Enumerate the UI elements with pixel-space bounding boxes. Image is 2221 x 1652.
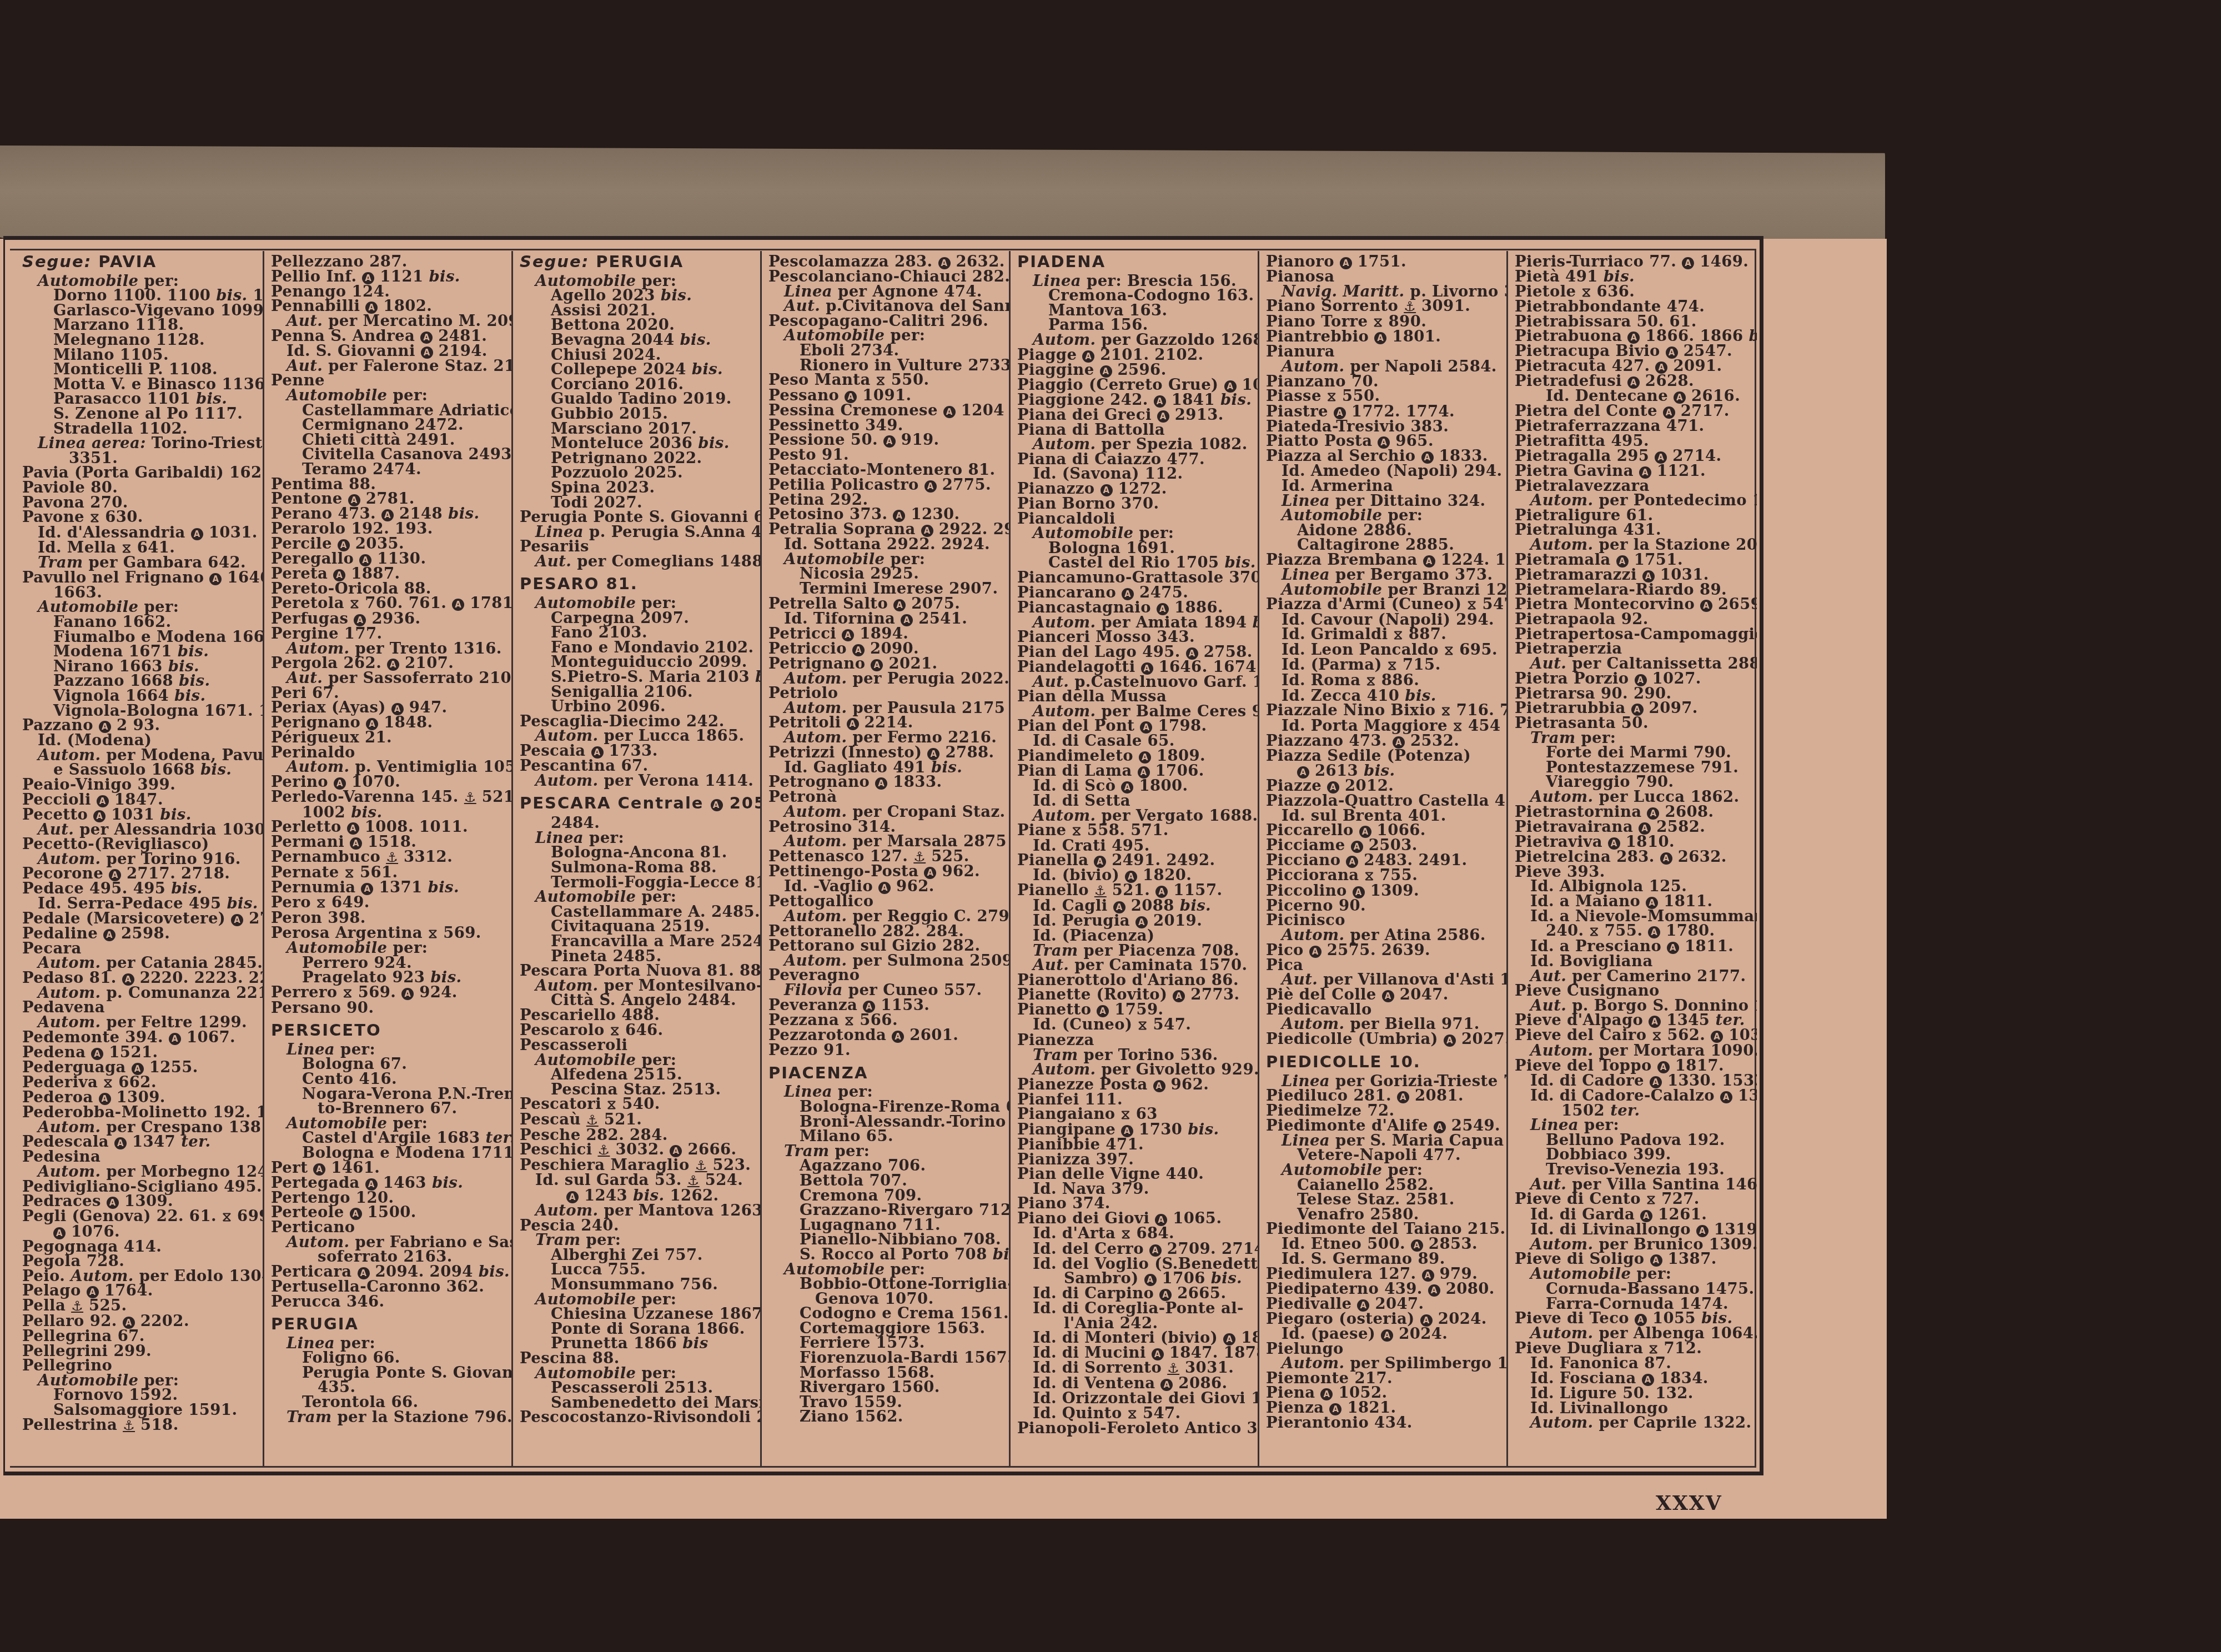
index-entry: Pescantina 67.: [520, 759, 755, 774]
index-entry: Pennabilli A 1802.: [271, 299, 506, 314]
index-entry: Pertusella-Caronno 362.: [271, 1279, 506, 1294]
tram-bell-icon: ⧖: [1072, 824, 1081, 838]
index-entry: Piazza d'Armi (Cuneo) ⧖ 547.: [1266, 597, 1501, 612]
autobus-circle-icon: A: [114, 1137, 127, 1149]
index-subentry: Aut. per Mercatino M. 2092.: [271, 314, 506, 329]
index-entry: Pernambuco ⚓ 3312.: [271, 850, 506, 865]
index-entry: Pescatori ⧖ 540.: [520, 1097, 755, 1112]
index-subentry: Aut. per Comeglians 1488.: [520, 554, 755, 569]
index-entry: Pedaline A 2598.: [22, 926, 257, 941]
index-subentry: Autom. per Biella 971.: [1266, 1017, 1501, 1032]
autobus-circle-icon: A: [1444, 1035, 1456, 1047]
index-entry: Pietramelara-Riardo 89.: [1515, 583, 1751, 597]
index-entry: Piaggio (Cerreto Grue) A 1028 ter: [1017, 378, 1252, 393]
index-subentry: Fanano 1662.: [22, 615, 257, 630]
index-entry: Piccolino A 1309.: [1266, 883, 1501, 898]
index-subentry: Francavilla a Mare 2524.: [520, 934, 755, 949]
index-subentry: Id. Crati 495.: [1017, 838, 1252, 853]
index-entry: Petronà: [768, 790, 1003, 805]
index-subentry: Melegnano 1128.: [22, 333, 257, 348]
index-entry: Pescara Porta Nuova 81. 88.: [520, 963, 755, 978]
index-entry: Pianfei 111.: [1017, 1092, 1252, 1107]
index-entry: Pellegrina 67.: [22, 1329, 257, 1344]
index-subentry: Aut. per Alessandria 1030 bis: [22, 822, 257, 837]
index-subentry: Autom. per Montesilvano-: [520, 978, 755, 993]
index-entry: Perticara A 2094. 2094 bis.: [271, 1264, 506, 1279]
index-subentry: Viareggio 790.: [1515, 775, 1751, 790]
index-entry: Pesariis: [520, 539, 755, 554]
index-subentry: Monteguiduccio 2099.: [520, 655, 755, 670]
index-subentry: Corciano 2016.: [520, 377, 755, 392]
index-entry: Pescopagano-Calitri 296.: [768, 314, 1003, 329]
index-entry: Pieve Dugliara ⧖ 712.: [1515, 1341, 1751, 1357]
index-subentry: Broni-Alessandr.-Torino 59: [768, 1114, 1003, 1129]
index-subentry: Bologna-Ancona 81.: [520, 845, 755, 860]
index-subentry: Tram per Gambara 642.: [22, 555, 257, 570]
italic-label: bis.: [428, 878, 459, 896]
index-entry: Perletto A 1008. 1011.: [271, 820, 506, 835]
index-entry: Pescia 240.: [520, 1218, 755, 1233]
index-subentry: Id. Zecca 410 bis.: [1266, 689, 1501, 704]
index-subentry: Marzano 1118.: [22, 318, 257, 333]
index-subentry: A 1076.: [22, 1224, 257, 1239]
index-entry: Peschici ⚓ 3032. A 2666.: [520, 1142, 755, 1158]
index-subentry: Bologna 1691.: [1017, 541, 1252, 556]
index-subentry: Autom. per Pausula 2175 bis.: [768, 701, 1003, 716]
index-entry: Pian del Pont A 1798.: [1017, 719, 1252, 734]
index-subentry: Id. Serra-Pedace 495 bis.: [22, 896, 257, 911]
index-subentry: Morfasso 1568.: [768, 1365, 1003, 1380]
index-subentry: Linea per Gorizia-Trieste 72: [1266, 1074, 1501, 1089]
navigation-anchor-icon: ⚓: [695, 1158, 707, 1173]
autobus-circle-icon: A: [1682, 257, 1694, 269]
index-subentry: Telese Staz. 2581.: [1266, 1192, 1501, 1207]
index-subentry: Parma 156.: [1017, 318, 1252, 333]
index-subentry: Id. Porta Maggiore ⧖ 454: [1266, 719, 1501, 734]
index-subentry: 1502 ter.: [1515, 1103, 1751, 1118]
index-subentry: Garlasco-Vigevano 1099.: [22, 303, 257, 318]
index-subentry: Vetere-Napoli 477.: [1266, 1148, 1501, 1163]
index-subentry: Automobile per:: [1017, 526, 1252, 541]
index-entry: Pianosa: [1266, 269, 1501, 284]
index-subentry: Pazzano 1668 bis.: [22, 674, 257, 689]
index-subentry: Todi 2027.: [520, 495, 755, 510]
index-entry: Piana di Caiazzo 477.: [1017, 452, 1252, 467]
section-heading: PIACENZA: [768, 1066, 1003, 1081]
index-entry: Pert A 1461.: [271, 1161, 506, 1176]
index-entry: Peveranza A 1153.: [768, 998, 1003, 1013]
index-subentry: Alberghi Zei 757.: [520, 1248, 755, 1263]
index-subentry: Id. Sottana 2922. 2924.: [768, 537, 1003, 552]
index-subentry: Fornovo 1592.: [22, 1388, 257, 1403]
index-entry: Pegola 728.: [22, 1254, 257, 1269]
index-subentry: Vignola-Bologna 1671. 1672.: [22, 704, 257, 719]
navigation-anchor-icon: ⚓: [586, 1113, 599, 1128]
index-subentry: Autom. per Napoli 2584.: [1266, 359, 1501, 374]
index-subentry: Autom. per Perugia 2022.: [768, 671, 1003, 686]
index-subentry: Id. Grimaldi ⧖ 887.: [1266, 627, 1501, 642]
index-subentry: Prunetta 1866 bis: [520, 1336, 755, 1351]
index-subentry: Id. d'Alessandria A 1031.: [22, 525, 257, 540]
index-subentry: Autom. per Fabriano e Sas-: [271, 1235, 506, 1250]
tram-bell-icon: ⧖: [345, 866, 354, 881]
index-subentry: Autom. per Mantova 1263.: [520, 1203, 755, 1218]
index-entry: Pietragalla 295 A 2714.: [1515, 449, 1751, 464]
index-entry: Pellestrina ⚓ 518.: [22, 1418, 257, 1433]
index-subentry: Farra-Cornuda 1474.: [1515, 1297, 1751, 1312]
autobus-circle-icon: A: [1374, 332, 1386, 344]
index-entry: Petricci A 1894.: [768, 626, 1003, 641]
index-subentry: Id. Fosciana A 1834.: [1515, 1371, 1751, 1386]
italic-label: bis.: [1220, 391, 1252, 409]
index-subentry: Tram per Torino 536.: [1017, 1048, 1252, 1063]
tram-bell-icon: ⧖: [1652, 1028, 1661, 1043]
index-subentry: Autom. per Fermo 2216.: [768, 730, 1003, 745]
index-subentry: A 1243 bis. 1262.: [520, 1188, 755, 1203]
index-subentry: Id. Armerina: [1266, 479, 1501, 494]
index-entry: Piediluco 281. A 2081.: [1266, 1088, 1501, 1103]
autobus-circle-icon: A: [1381, 1329, 1393, 1342]
index-subentry: Id. del Cerro A 2709. 2714.: [1017, 1242, 1252, 1257]
index-entry: Permani A 1518.: [271, 835, 506, 850]
index-subentry: Id. Roma ⧖ 886.: [1266, 673, 1501, 689]
index-subentry: Id. (Modena): [22, 733, 257, 748]
index-entry: Piancaldoli: [1017, 511, 1252, 526]
index-entry: Pezzo 91.: [768, 1043, 1003, 1058]
index-entry: Pederguaga A 1255.: [22, 1060, 257, 1075]
index-subentry: Nicosia 2925.: [768, 566, 1003, 581]
index-entry: Pazzano A 2 93.: [22, 718, 257, 733]
index-subentry: Termoli-Foggia-Lecce 81.: [520, 875, 755, 890]
index-entry: Pianopoli-Feroleto Antico 308.: [1017, 1421, 1252, 1436]
index-entry: Pian delle Vigne 440.: [1017, 1167, 1252, 1182]
index-entry: Pedesina: [22, 1149, 257, 1164]
index-subentry: 240. ⧖ 755. A 1780.: [1515, 923, 1751, 939]
index-subentry: S. Zenone al Po 1117.: [22, 406, 257, 421]
tram-bell-icon: ⧖: [1121, 1227, 1130, 1242]
index-entry: Pessano A 1091.: [768, 388, 1003, 403]
index-subentry: Id. di Ventena A 2086.: [1017, 1376, 1252, 1391]
index-entry: Piazza Sedile (Potenza): [1266, 749, 1501, 764]
index-subentry: Pineta 2485.: [520, 949, 755, 964]
index-subentry: Aidone 2886.: [1266, 523, 1501, 538]
tram-bell-icon: ⧖: [1138, 1018, 1147, 1033]
autobus-circle-icon: A: [191, 528, 203, 540]
index-entry: Percile A 2035.: [271, 536, 506, 551]
index-subentry: Autom. per Vergato 1688.: [1017, 809, 1252, 824]
index-subentry: Carpegna 2097.: [520, 611, 755, 626]
autobus-circle-icon: A: [420, 332, 433, 344]
autobus-circle-icon: A: [892, 1031, 904, 1043]
tram-bell-icon: ⧖: [610, 1023, 620, 1038]
index-entry: Pettorano sul Gizio 282.: [768, 938, 1003, 953]
index-subentry: Caianello 2582.: [1266, 1178, 1501, 1193]
index-subentry: Alfedena 2515.: [520, 1067, 755, 1082]
index-subentry: Forte dei Marmi 790.: [1515, 745, 1751, 760]
index-subentry: Nogara-Verona P.N.-Tren-: [271, 1087, 506, 1102]
italic-label: Autom.: [535, 772, 598, 790]
index-subentry: Autom. per Modena, Pavullo: [22, 748, 257, 763]
index-entry: Piancamuno-Grattasole 370.: [1017, 570, 1252, 585]
index-subentry: Aut. per Camerino 2177.: [1515, 969, 1751, 984]
index-column-6: Pianoro A 1751.PianosaNavig. Maritt. p. …: [1259, 251, 1508, 1467]
index-entry: Pianceri Mosso 343.: [1017, 630, 1252, 645]
index-column-3: Segue: PERUGIAAutomobile per:Agello 2023…: [513, 251, 762, 1467]
index-entry: Piedimonte del Taiano 215.: [1266, 1222, 1501, 1237]
index-entry: Pesto 91.: [768, 448, 1003, 463]
index-entry: Piedimonte d'Alife A 2549.: [1266, 1118, 1501, 1133]
index-entry: Penna S. Andrea A 2481.: [271, 329, 506, 344]
index-subentry: Id. S. Germano 89.: [1266, 1252, 1501, 1267]
index-entry: Pietole ⧖ 636.: [1515, 284, 1751, 300]
index-entry: Pietà 491 bis.: [1515, 269, 1751, 284]
index-subentry: Pontestazzemese 791.: [1515, 760, 1751, 775]
index-entry: Pavone ⧖ 630.: [22, 510, 257, 525]
index-entry: Pelago A 1764.: [22, 1283, 257, 1298]
italic-label: bis.: [698, 434, 729, 452]
index-entry: Peveragno: [768, 968, 1003, 983]
index-entry: Pian della Mussa: [1017, 689, 1252, 704]
index-subentry: Autom. per Reggio C. 2796.: [768, 909, 1003, 924]
index-entry: Pentone A 2781.: [271, 491, 506, 506]
index-subentry: Id. di Carpino A 2665.: [1017, 1286, 1252, 1301]
index-subentry: Vignola 1664 bis.: [22, 689, 257, 704]
index-entry: Pesche 282. 284.: [520, 1128, 755, 1143]
index-subentry: Civitaquana 2519.: [520, 919, 755, 934]
index-entry: Peschiera Maraglio ⚓ 523.: [520, 1158, 755, 1173]
autobus-circle-icon: A: [1382, 990, 1394, 1002]
index-entry: Pegli (Genova) 22. 61. ⧖ 699.: [22, 1209, 257, 1224]
index-entry: Pieve Cusignano: [1515, 983, 1751, 998]
index-subentry: Automobile per:: [520, 890, 755, 905]
tram-bell-icon: ⧖: [350, 596, 359, 611]
autobus-circle-icon: A: [943, 406, 956, 418]
index-subentry: Id. Amedeo (Napoli) 294.: [1266, 464, 1501, 479]
index-entry: Pietracuta 427. A 2091.: [1515, 359, 1751, 374]
index-subentry: Automobile per:: [271, 388, 506, 403]
index-subentry: Id. Quinto ⧖ 547.: [1017, 1406, 1252, 1422]
index-entry: Pedavena: [22, 1000, 257, 1015]
index-entry: Piastre A 1772. 1774.: [1266, 404, 1501, 419]
index-subentry: Automobile per Branzi 1225: [1266, 583, 1501, 597]
index-entry: Pergine 177.: [271, 626, 506, 641]
tram-bell-icon: ⧖: [222, 1209, 232, 1224]
index-entry: Pescasseroli: [520, 1038, 755, 1053]
index-entry: Pereto-Oricola 88.: [271, 581, 506, 596]
index-subentry: Linea per S. Maria Capua: [1266, 1133, 1501, 1148]
index-entry: Picciorana ⧖ 755.: [1266, 868, 1501, 883]
index-entry: Pietralavezzara: [1515, 479, 1751, 494]
index-entry: Pergola 262. A 2107.: [271, 656, 506, 671]
autobus-circle-icon: A: [209, 573, 222, 585]
index-entry: Pianette (Rovito) A 2773.: [1017, 987, 1252, 1002]
index-entry: Pierantonio 434.: [1266, 1415, 1501, 1430]
index-subentry: Autom. per Crespano 1381.: [22, 1120, 257, 1135]
index-subentry: Monteluce 2036 bis.: [520, 436, 755, 451]
index-subentry: Cermignano 2472.: [271, 418, 506, 433]
index-entry: Pella ⚓ 525.: [22, 1298, 257, 1314]
section-heading: PESCARA Centrale A 2050.: [520, 796, 755, 811]
index-entry: Perledo-Varenna 145. ⚓ 521.: [271, 790, 506, 805]
index-subentry: Id. Albignola 125.: [1515, 879, 1751, 894]
section-heading: Segue: PERUGIA: [520, 254, 755, 269]
index-entry: Pietra Gavina A 1121.: [1515, 464, 1751, 479]
index-subentry: Autom. per Amiata 1894 bis.: [1017, 615, 1252, 630]
index-entry: Pessione 50. A 919.: [768, 433, 1003, 448]
italic-label: bis.: [680, 331, 711, 349]
index-entry: Pian di Lama A 1706.: [1017, 764, 1252, 779]
index-entry: Périgueux 21.: [271, 730, 506, 745]
index-entry: Pedena A 1521.: [22, 1045, 257, 1060]
index-subentry: Id. (Parma) ⧖ 715.: [1266, 657, 1501, 673]
index-subentry: Id. di Monteri (bivio) A 1883: [1017, 1330, 1252, 1345]
index-entry: Pietrelcina 283. A 2632.: [1515, 850, 1751, 865]
index-entry: Pedescala A 1347 ter.: [22, 1134, 257, 1149]
index-subentry: Aut. p.Civitanova del Sannio 2549: [768, 299, 1003, 314]
index-subentry: Autom. per Catania 2845.: [22, 956, 257, 971]
index-subentry: Sulmona-Roma 88.: [520, 860, 755, 875]
index-entry: Pentima 88.: [271, 477, 506, 492]
index-subentry: Autom. per Sulmona 2509,: [768, 953, 1003, 968]
index-subentry: Automobile per:: [768, 552, 1003, 567]
index-subentry: Cento 416.: [271, 1072, 506, 1087]
index-entry: Periax (Ayas) A 947.: [271, 700, 506, 715]
index-entry: Pietrabbondante 474.: [1515, 299, 1751, 314]
autobus-circle-icon: A: [1428, 1284, 1440, 1297]
index-subentry: Foligno 66.: [271, 1350, 506, 1365]
index-subentry: Automobile per:: [768, 328, 1003, 343]
autobus-circle-icon: A: [670, 1145, 682, 1157]
index-subentry: Id. Cavour (Napoli) 294.: [1266, 612, 1501, 627]
index-subentry: to-Brennero 67.: [271, 1101, 506, 1116]
tram-bell-icon: ⧖: [1649, 1342, 1658, 1357]
index-entry: Pernumia A 1371 bis.: [271, 880, 506, 895]
tram-bell-icon: ⧖: [103, 1076, 113, 1091]
index-entry: Pietra Montecorvino A 2659.: [1515, 597, 1751, 612]
index-entry: Pianezze Posta A 962.: [1017, 1077, 1252, 1092]
index-subentry: Aut. per Villanova d'Asti 1038: [1266, 972, 1501, 987]
index-subentry: Belluno Padova 192.: [1515, 1133, 1751, 1148]
index-entry: Pecetto-(Revigliasco): [22, 837, 257, 852]
index-entry: Piegaro (osteria) A 2024.: [1266, 1312, 1501, 1327]
autobus-circle-icon: A: [1660, 852, 1672, 865]
index-entry: Pietrasanta 50.: [1515, 716, 1751, 731]
italic-label: Tram: [287, 1408, 331, 1426]
index-subentry: Aut. p.Castelnuovo Garf. 1834: [1017, 675, 1252, 690]
index-entry: Perfugas A 2936.: [271, 611, 506, 626]
index-entry: Pietracupa Bivio A 2547.: [1515, 344, 1751, 359]
index-subentry: Milano 65.: [768, 1129, 1003, 1144]
index-subentry: Automobile per:: [22, 600, 257, 615]
index-entry: Perinaldo: [271, 745, 506, 760]
index-entry: Pietra Porzio A 1027.: [1515, 671, 1751, 686]
index-subentry: Bologna 67.: [271, 1057, 506, 1072]
index-subentry: Bologna e Modena 1711.: [271, 1146, 506, 1161]
index-entry: Piasse ⧖ 550.: [1266, 389, 1501, 404]
index-entry: Peron 398.: [271, 911, 506, 926]
index-subentry: 1663.: [22, 585, 257, 600]
index-subentry: Automobile per:: [22, 1373, 257, 1388]
autobus-circle-icon: A: [103, 929, 115, 941]
tram-bell-icon: ⧖: [90, 510, 99, 525]
tram-bell-icon: ⧖: [1581, 285, 1591, 300]
index-entry: Piano 374.: [1017, 1196, 1252, 1211]
index-entry: Petosino 373. A 1230.: [768, 507, 1003, 522]
index-subentry: Mantova 163.: [1017, 303, 1252, 318]
italic-label: bis.: [432, 1174, 463, 1192]
index-entry: Piaggione 242. A 1841 bis. 1842.: [1017, 393, 1252, 408]
index-subentry: Id. di Coreglia-Ponte al-: [1017, 1301, 1252, 1316]
index-subentry: Id. -Vaglio A 962.: [768, 879, 1003, 894]
index-entry: Pietramarazzi A 1031.: [1515, 568, 1751, 583]
index-entry: Pian del Lago 495. A 2758.: [1017, 645, 1252, 660]
index-subentry: Autom. per Caprile 1322.: [1515, 1415, 1751, 1430]
index-subentry: Perugia Ponte S. Giovanni: [271, 1365, 506, 1380]
index-entry: Pietrapertosa-Campomaggiore 90.: [1515, 627, 1751, 642]
italic-label: bis.: [755, 668, 762, 686]
index-subentry: Filovia per Cuneo 557.: [768, 983, 1003, 998]
index-entry: Pieve d'Alpago A 1345 ter.: [1515, 1013, 1751, 1028]
index-subentry: Codogno e Crema 1561.: [768, 1306, 1003, 1321]
index-subentry: Id. a Nievole-Momsummano: [1515, 909, 1751, 924]
autobus-circle-icon: A: [1700, 600, 1712, 612]
index-entry: Petrignano A 2021.: [768, 656, 1003, 671]
index-subentry: Automobile per:: [1266, 1163, 1501, 1178]
tram-bell-icon: ⧖: [1646, 1192, 1656, 1207]
tram-bell-icon: ⧖: [428, 926, 438, 941]
index-entry: Pianzano 70.: [1266, 374, 1501, 389]
index-subentry: Automobile per:: [520, 1053, 755, 1068]
index-subentry: Milano 1105.: [22, 348, 257, 363]
index-subentry: Rivergaro 1560.: [768, 1380, 1003, 1395]
index-entry: Peretola ⧖ 760. 761. A 1781.: [271, 596, 506, 611]
index-entry: Pellegrino: [22, 1358, 257, 1373]
autobus-circle-icon: A: [878, 882, 891, 894]
index-entry: Pellezzano 287.: [271, 254, 506, 269]
index-entry: Penne: [271, 373, 506, 388]
index-subentry: Automobile per:: [768, 1262, 1003, 1277]
index-entry: Pezzana ⧖ 566.: [768, 1013, 1003, 1028]
tram-bell-icon: ⧖: [1453, 719, 1463, 734]
tram-bell-icon: ⧖: [607, 1097, 616, 1112]
index-entry: Pedivigliano-Scigliano 495.: [22, 1179, 257, 1194]
index-subentry: Id. di Setta: [1017, 794, 1252, 809]
section-heading: Segue: PAVIA: [22, 254, 257, 269]
index-subentry: Autom. per Spezia 1082.: [1017, 437, 1252, 452]
index-subentry: 1002 bis.: [271, 805, 506, 820]
navigation-anchor-icon: ⚓: [386, 850, 398, 865]
index-subentry: Linea per:: [520, 831, 755, 846]
index-subentry: Petrignano 2022.: [520, 451, 755, 466]
index-subentry: Bobbio-Ottone-Torriglia-: [768, 1277, 1003, 1292]
index-entry: Piazzale Nino Bixio ⧖ 716. 717.: [1266, 703, 1501, 719]
index-subentry: Autom. per Atina 2586.: [1266, 928, 1501, 943]
index-entry: Pellegrini 299.: [22, 1344, 257, 1359]
index-subentry: Gualdo Tadino 2019.: [520, 391, 755, 406]
index-subentry: Castel d'Argile 1683 ter.: [271, 1131, 506, 1146]
index-entry: Pico A 2575. 2639.: [1266, 943, 1501, 958]
index-subentry: Venafro 2580.: [1266, 1207, 1501, 1222]
index-entry: Pietradefusi A 2628.: [1515, 374, 1751, 389]
index-subentry: Pianello-Nibbiano 708.: [768, 1232, 1003, 1247]
index-subentry: Linea per: Brescia 156.: [1017, 274, 1252, 289]
index-entry: Peio. Autom. per Edolo 1304.: [22, 1269, 257, 1284]
autobus-circle-icon: A: [1340, 257, 1352, 269]
italic-label: Segue:: [22, 252, 92, 271]
index-subentry: Castellammare Adriatico 2483.: [271, 403, 506, 418]
index-subentry: Salsomaggiore 1591.: [22, 1403, 257, 1418]
autobus-circle-icon: A: [1309, 946, 1321, 958]
